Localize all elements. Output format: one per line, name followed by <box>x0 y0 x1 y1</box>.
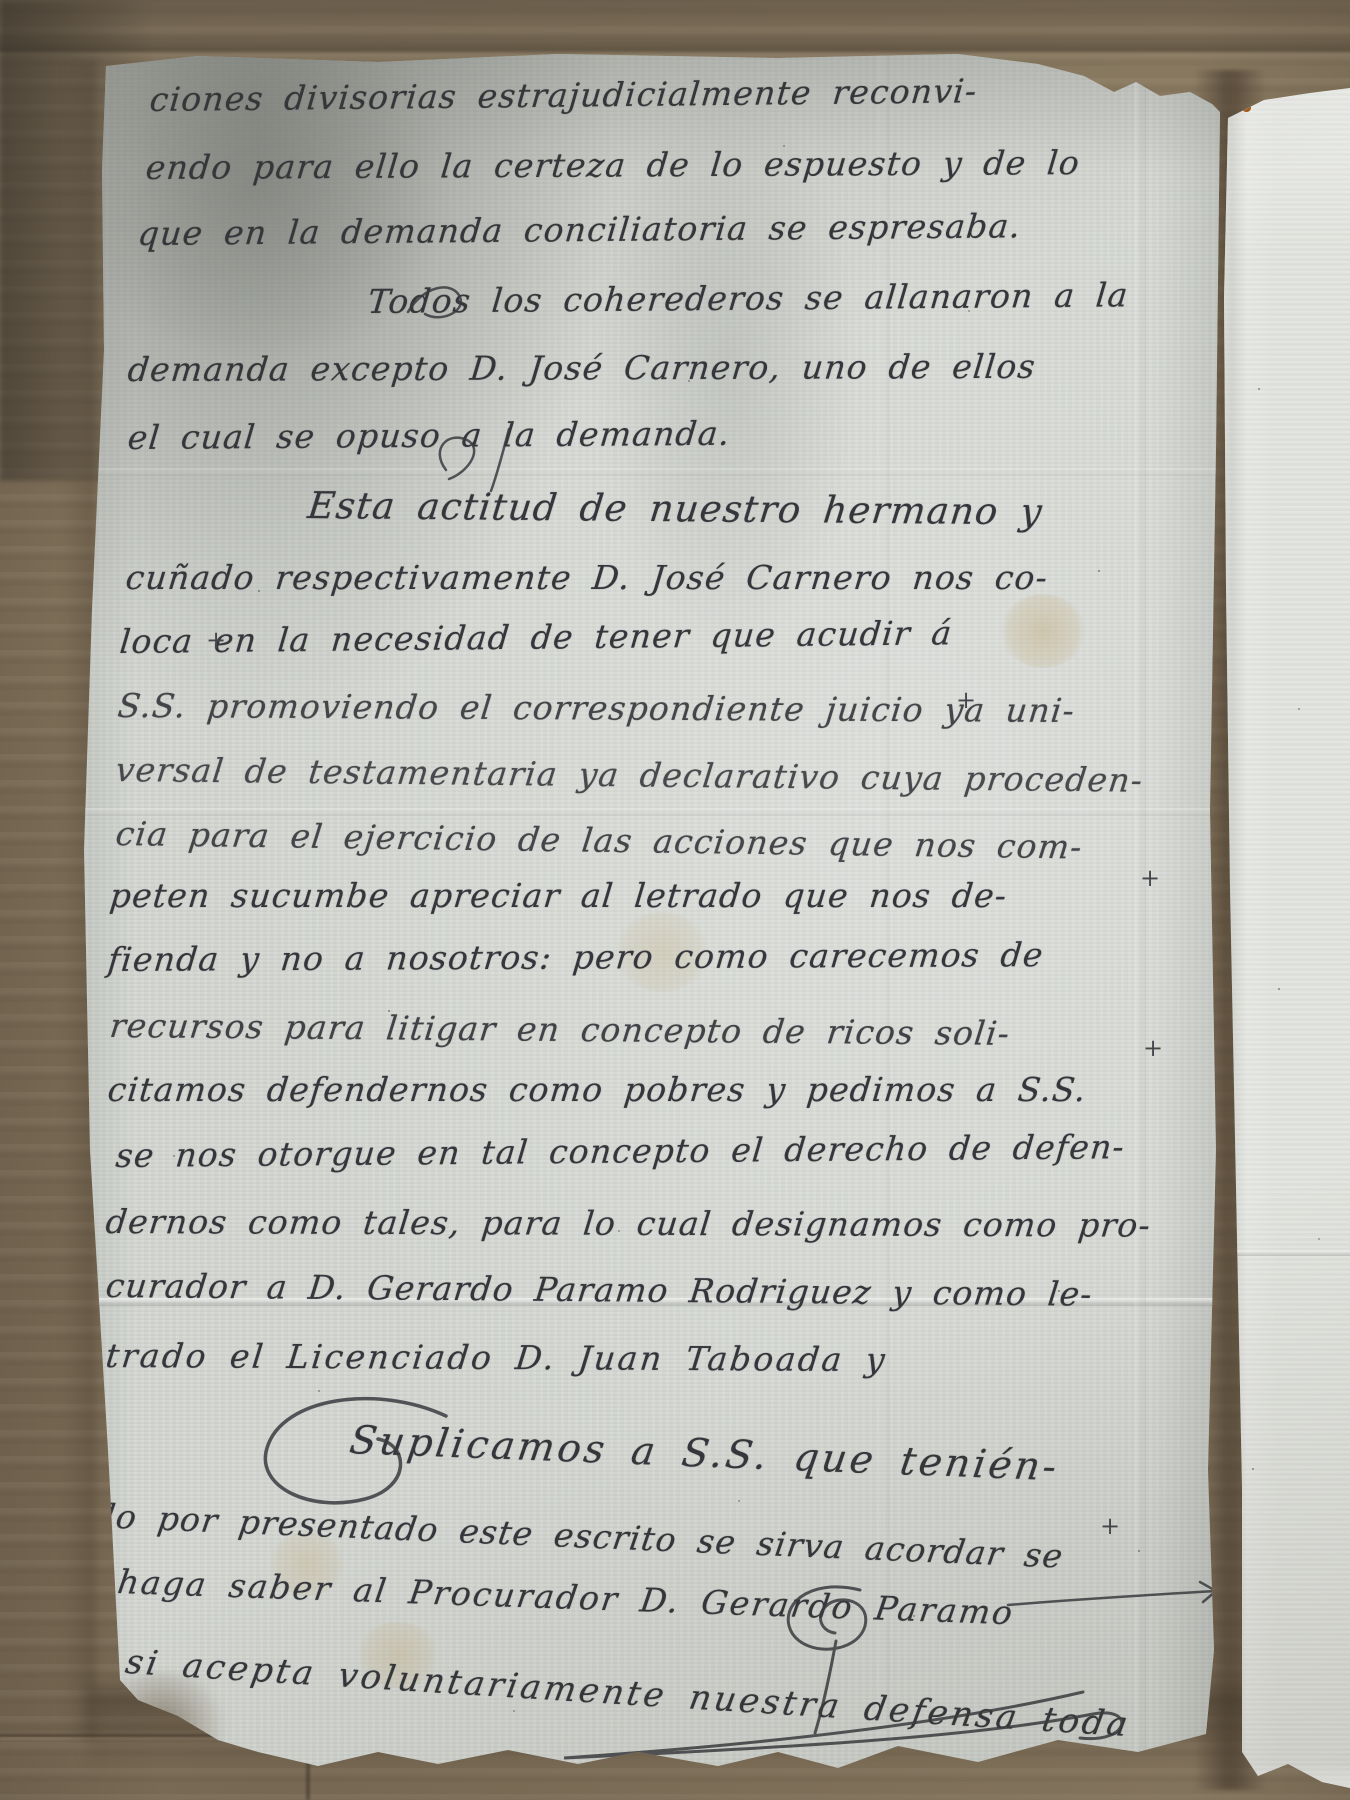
manuscript-line: trado el Licenciado D. Juan Taboada y <box>104 1336 889 1379</box>
manuscript-line: cia para el ejercicio de las acciones qu… <box>114 814 1085 866</box>
manuscript-line: Suplicamos a S.S. que tenién- <box>347 1418 1062 1490</box>
manuscript-line: citamos defendernos como pobres y pedimo… <box>106 1070 1089 1109</box>
manuscript-photo: ciones divisorias estrajudicialmente rec… <box>0 0 1350 1800</box>
manuscript-line: el cual se opuso a la demanda. <box>126 414 732 457</box>
manuscript-line: S.S. promoviendo el correspondiente juic… <box>116 686 1077 730</box>
insertion-mark: + <box>1100 1512 1120 1540</box>
manuscript-line: fienda y no a nosotros: pero como carece… <box>106 935 1046 979</box>
manuscript-line: curador a D. Gerardo Paramo Rodriguez y … <box>104 1266 1095 1314</box>
manuscript-line: endo para ello la certeza de lo espuesto… <box>144 143 1082 187</box>
fold-crease <box>78 808 1220 816</box>
manuscript-line: dernos como tales, para lo cual designam… <box>104 1202 1153 1245</box>
insertion-mark: + <box>956 686 976 714</box>
arrow-flourish <box>1008 1582 1216 1605</box>
manuscript-line: loca en la necesidad de tener que acudir… <box>118 613 954 661</box>
fold-crease <box>78 468 1220 476</box>
manuscript-line: ciones divisorias estrajudicialmente rec… <box>148 71 979 119</box>
fold-crease-vertical <box>1134 50 1146 1786</box>
insertion-mark: + <box>206 626 226 654</box>
cardboard-top-edge <box>0 0 1350 54</box>
manuscript-line: que en la demanda conciliatoria se espre… <box>136 206 1023 253</box>
insertion-mark: + <box>1143 1034 1163 1062</box>
manuscript-line: peten sucumbe apreciar al letrado que no… <box>108 876 1009 915</box>
manuscript-line: Esta actitud de nuestro hermano y <box>306 484 1046 533</box>
fold-crease <box>1218 1250 1350 1256</box>
insertion-mark: + <box>1140 864 1160 892</box>
manuscript-line: Todos los coherederos se allanaron a la <box>366 275 1130 321</box>
manuscript-line: si acepta voluntariamente nuestra defens… <box>123 1642 1134 1745</box>
manuscript-line: recursos para litigar en concepto de ric… <box>108 1006 1013 1053</box>
manuscript-line: cuñado respectivamente D. José Carnero n… <box>124 558 1050 597</box>
manuscript-line: se nos otorgue en tal concepto el derech… <box>114 1127 1127 1175</box>
manuscript-line: versal de testamentaria ya declarativo c… <box>114 750 1146 800</box>
paper-stain <box>1000 594 1086 668</box>
manuscript-line: do por presentado este escrito se sirva … <box>91 1496 1066 1575</box>
manuscript-line: demanda excepto D. José Carnero, uno de … <box>126 347 1038 389</box>
manuscript-page: ciones divisorias estrajudicialmente rec… <box>78 50 1220 1786</box>
